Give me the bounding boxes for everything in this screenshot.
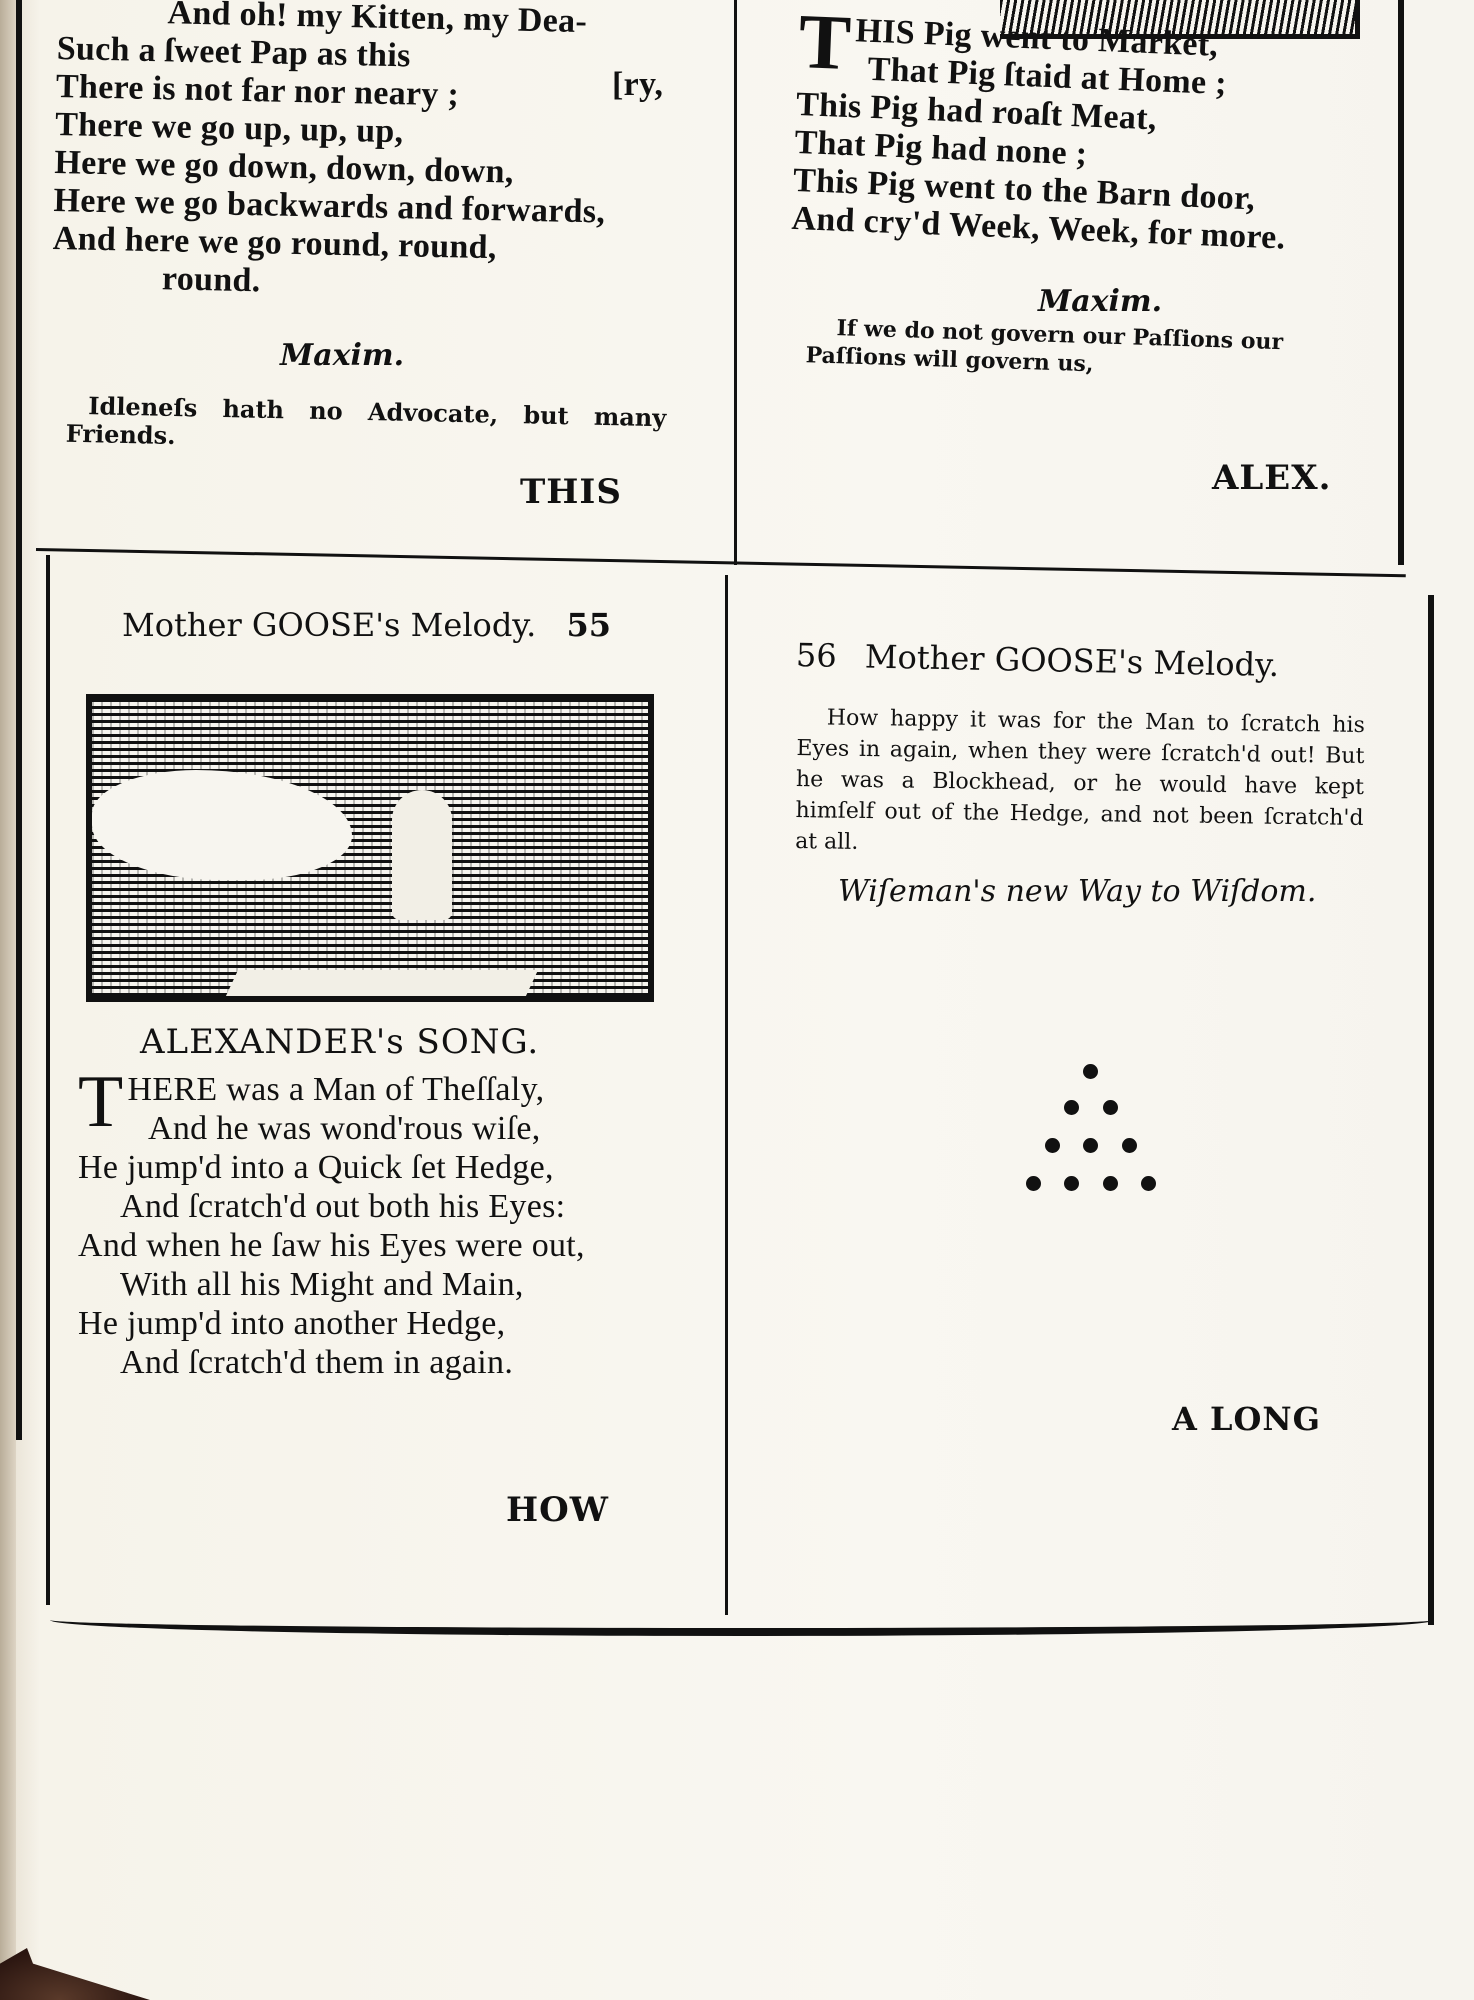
running-head: Mother GOOSE's Melody. 55 <box>122 606 611 644</box>
catchword: THIS <box>520 472 622 512</box>
woodcut-ground <box>226 970 538 996</box>
verse-line: HERE was a Man of Theſſaly, <box>78 1070 585 1109</box>
page-number: 55 <box>566 606 611 644</box>
woodcut-figure <box>392 790 452 920</box>
woodcut-sky <box>92 770 352 880</box>
maxim-title: Maxim. <box>1038 284 1162 319</box>
catchword: HOW <box>506 1490 609 1530</box>
hyphen-carry: [ry, <box>612 66 663 104</box>
woodcut-illustration <box>86 694 654 1002</box>
maxim-text: Idleneſs hath no Advocate, but many Frie… <box>65 392 666 461</box>
verse-line: And he was wond'rous wiſe, <box>78 1109 585 1148</box>
verse-line: He jump'd into a Quick ſet Hedge, <box>78 1148 585 1187</box>
frame-center-divider-bottom <box>725 575 728 1615</box>
catchword: ALEX. <box>1212 458 1331 498</box>
frame-left-border <box>16 0 22 1440</box>
running-head-title: Mother GOOSE's Melody. <box>122 606 536 644</box>
maxim-title: Maxim. <box>280 338 404 373</box>
verse-line: With all his Might and Main, <box>78 1265 585 1304</box>
maxim-text: If we do not govern our Paſſions our Paſ… <box>805 313 1366 387</box>
frame-right-border-lower <box>1428 595 1434 1625</box>
frame-left-border-lower <box>46 555 50 1605</box>
alexander-song-verse: T HERE was a Man of Theſſaly, And he was… <box>78 1070 585 1382</box>
frame-horizontal-divider <box>36 548 1406 577</box>
attribution: Wiſeman's new Way to Wiſdom. <box>838 874 1316 909</box>
top-left-verse: And oh! my Kitten, my Dea- Such a ſweet … <box>52 0 610 307</box>
top-right-verse: T HIS Pig went to Market, That Pig ſtaid… <box>791 10 1294 258</box>
running-head-title: Mother GOOSE's Melody. <box>864 637 1279 684</box>
drop-cap: T <box>798 10 853 74</box>
song-title: ALEXANDER's SONG. <box>140 1022 539 1062</box>
frame-bottom-border <box>50 1620 1434 1636</box>
verse-line: He jump'd into another Hedge, <box>78 1304 585 1343</box>
verse-line: And ſcratch'd them in again. <box>78 1343 585 1382</box>
running-head: 56 Mother GOOSE's Melody. <box>796 636 1280 684</box>
book-cover-corner <box>0 1948 150 2000</box>
catchword: A LONG <box>1172 1400 1321 1438</box>
commentary-paragraph: How happy it was for the Man to ſcratch … <box>795 702 1365 865</box>
verse-line: And ſcratch'd out both his Eyes: <box>78 1187 585 1226</box>
page-number: 56 <box>796 636 838 675</box>
book-page-edge <box>0 0 16 2000</box>
frame-center-divider-top <box>734 0 737 565</box>
frame-right-border <box>1398 0 1404 565</box>
verse-line: And when he ſaw his Eyes were out, <box>78 1226 585 1265</box>
drop-cap: T <box>78 1070 124 1134</box>
